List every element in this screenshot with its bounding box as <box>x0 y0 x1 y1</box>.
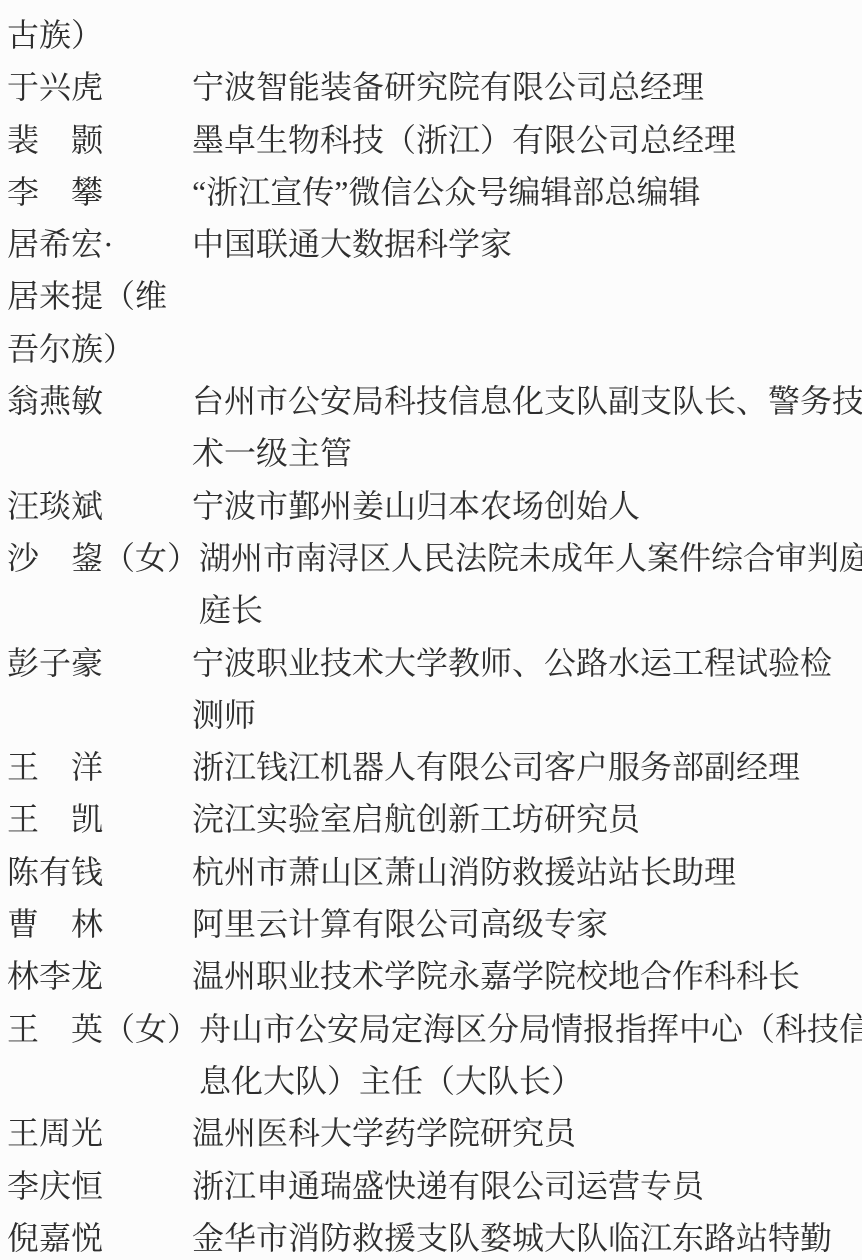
person-title: 墨卓生物科技（浙江）有限公司总经理 <box>192 114 862 166</box>
list-item: 裴 颢 墨卓生物科技（浙江）有限公司总经理 <box>7 114 862 166</box>
list-item: 曹 林 阿里云计算有限公司高级专家 <box>7 898 862 950</box>
person-name: 林李龙 <box>7 950 192 1002</box>
person-name: 李 攀 <box>7 166 192 218</box>
list-item: 倪嘉悦 金华市消防救援支队婺城大队临江东路站特勤 <box>7 1212 862 1260</box>
person-name: 曹 林 <box>7 898 192 950</box>
person-name: 古族） <box>7 9 192 61</box>
person-name: 居希宏· 居来提（维 吾尔族） <box>7 218 192 375</box>
person-title: “浙江宣传”微信公众号编辑部总编辑 <box>192 166 862 218</box>
list-item: 李 攀 “浙江宣传”微信公众号编辑部总编辑 <box>7 166 862 218</box>
document-page: 古族） 于兴虎 宁波智能装备研究院有限公司总经理 裴 颢 墨卓生物科技（浙江）有… <box>0 0 862 1260</box>
person-name: 王 洋 <box>7 741 192 793</box>
person-title: 湖州市南浔区人民法院未成年人案件综合审判庭 庭长 <box>199 532 862 637</box>
list-item: 王 凯 浣江实验室启航创新工坊研究员 <box>7 793 862 845</box>
person-name: 汪琰斌 <box>7 480 192 532</box>
person-title: 杭州市萧山区萧山消防救援站站长助理 <box>192 846 862 898</box>
person-name: 李庆恒 <box>7 1160 192 1212</box>
person-title: 中国联通大数据科学家 <box>192 218 862 270</box>
person-name: 王 英（女） <box>7 1003 199 1055</box>
list-item: 林李龙 温州职业技术学院永嘉学院校地合作科科长 <box>7 950 862 1002</box>
person-name: 于兴虎 <box>7 61 192 113</box>
person-name: 裴 颢 <box>7 114 192 166</box>
person-name: 倪嘉悦 <box>7 1212 192 1260</box>
person-title: 温州职业技术学院永嘉学院校地合作科科长 <box>192 950 862 1002</box>
person-title: 宁波市鄞州姜山归本农场创始人 <box>192 480 862 532</box>
person-name: 陈有钱 <box>7 846 192 898</box>
list-item: 陈有钱 杭州市萧山区萧山消防救援站站长助理 <box>7 846 862 898</box>
person-title: 舟山市公安局定海区分局情报指挥中心（科技信 息化大队）主任（大队长） <box>199 1003 862 1108</box>
list-item: 汪琰斌 宁波市鄞州姜山归本农场创始人 <box>7 480 862 532</box>
list-item: 居希宏· 居来提（维 吾尔族） 中国联通大数据科学家 <box>7 218 862 375</box>
person-title: 浣江实验室启航创新工坊研究员 <box>192 793 862 845</box>
list-item: 王周光 温州医科大学药学院研究员 <box>7 1107 862 1159</box>
person-title: 宁波智能装备研究院有限公司总经理 <box>192 61 862 113</box>
person-name: 王 凯 <box>7 793 192 845</box>
list-item: 沙 鋆（女） 湖州市南浔区人民法院未成年人案件综合审判庭 庭长 <box>7 532 862 637</box>
list-item: 于兴虎 宁波智能装备研究院有限公司总经理 <box>7 61 862 113</box>
list-item: 彭子豪 宁波职业技术大学教师、公路水运工程试验检 测师 <box>7 637 862 742</box>
person-name: 彭子豪 <box>7 637 192 689</box>
person-title: 阿里云计算有限公司高级专家 <box>192 898 862 950</box>
list-item: 王 英（女） 舟山市公安局定海区分局情报指挥中心（科技信 息化大队）主任（大队长… <box>7 1003 862 1108</box>
person-title: 浙江钱江机器人有限公司客户服务部副经理 <box>192 741 862 793</box>
person-title: 温州医科大学药学院研究员 <box>192 1107 862 1159</box>
list-item: 李庆恒 浙江申通瑞盛快递有限公司运营专员 <box>7 1160 862 1212</box>
list-item: 王 洋 浙江钱江机器人有限公司客户服务部副经理 <box>7 741 862 793</box>
person-title: 宁波职业技术大学教师、公路水运工程试验检 测师 <box>192 637 862 742</box>
list-item-continuation: 古族） <box>7 9 862 61</box>
list-item: 翁燕敏 台州市公安局科技信息化支队副支队长、警务技 术一级主管 <box>7 375 862 480</box>
person-title: 浙江申通瑞盛快递有限公司运营专员 <box>192 1160 862 1212</box>
person-name: 沙 鋆（女） <box>7 532 199 584</box>
person-title: 台州市公安局科技信息化支队副支队长、警务技 术一级主管 <box>192 375 862 480</box>
person-name: 翁燕敏 <box>7 375 192 427</box>
person-name: 王周光 <box>7 1107 192 1159</box>
person-title: 金华市消防救援支队婺城大队临江东路站特勤 <box>192 1212 862 1260</box>
